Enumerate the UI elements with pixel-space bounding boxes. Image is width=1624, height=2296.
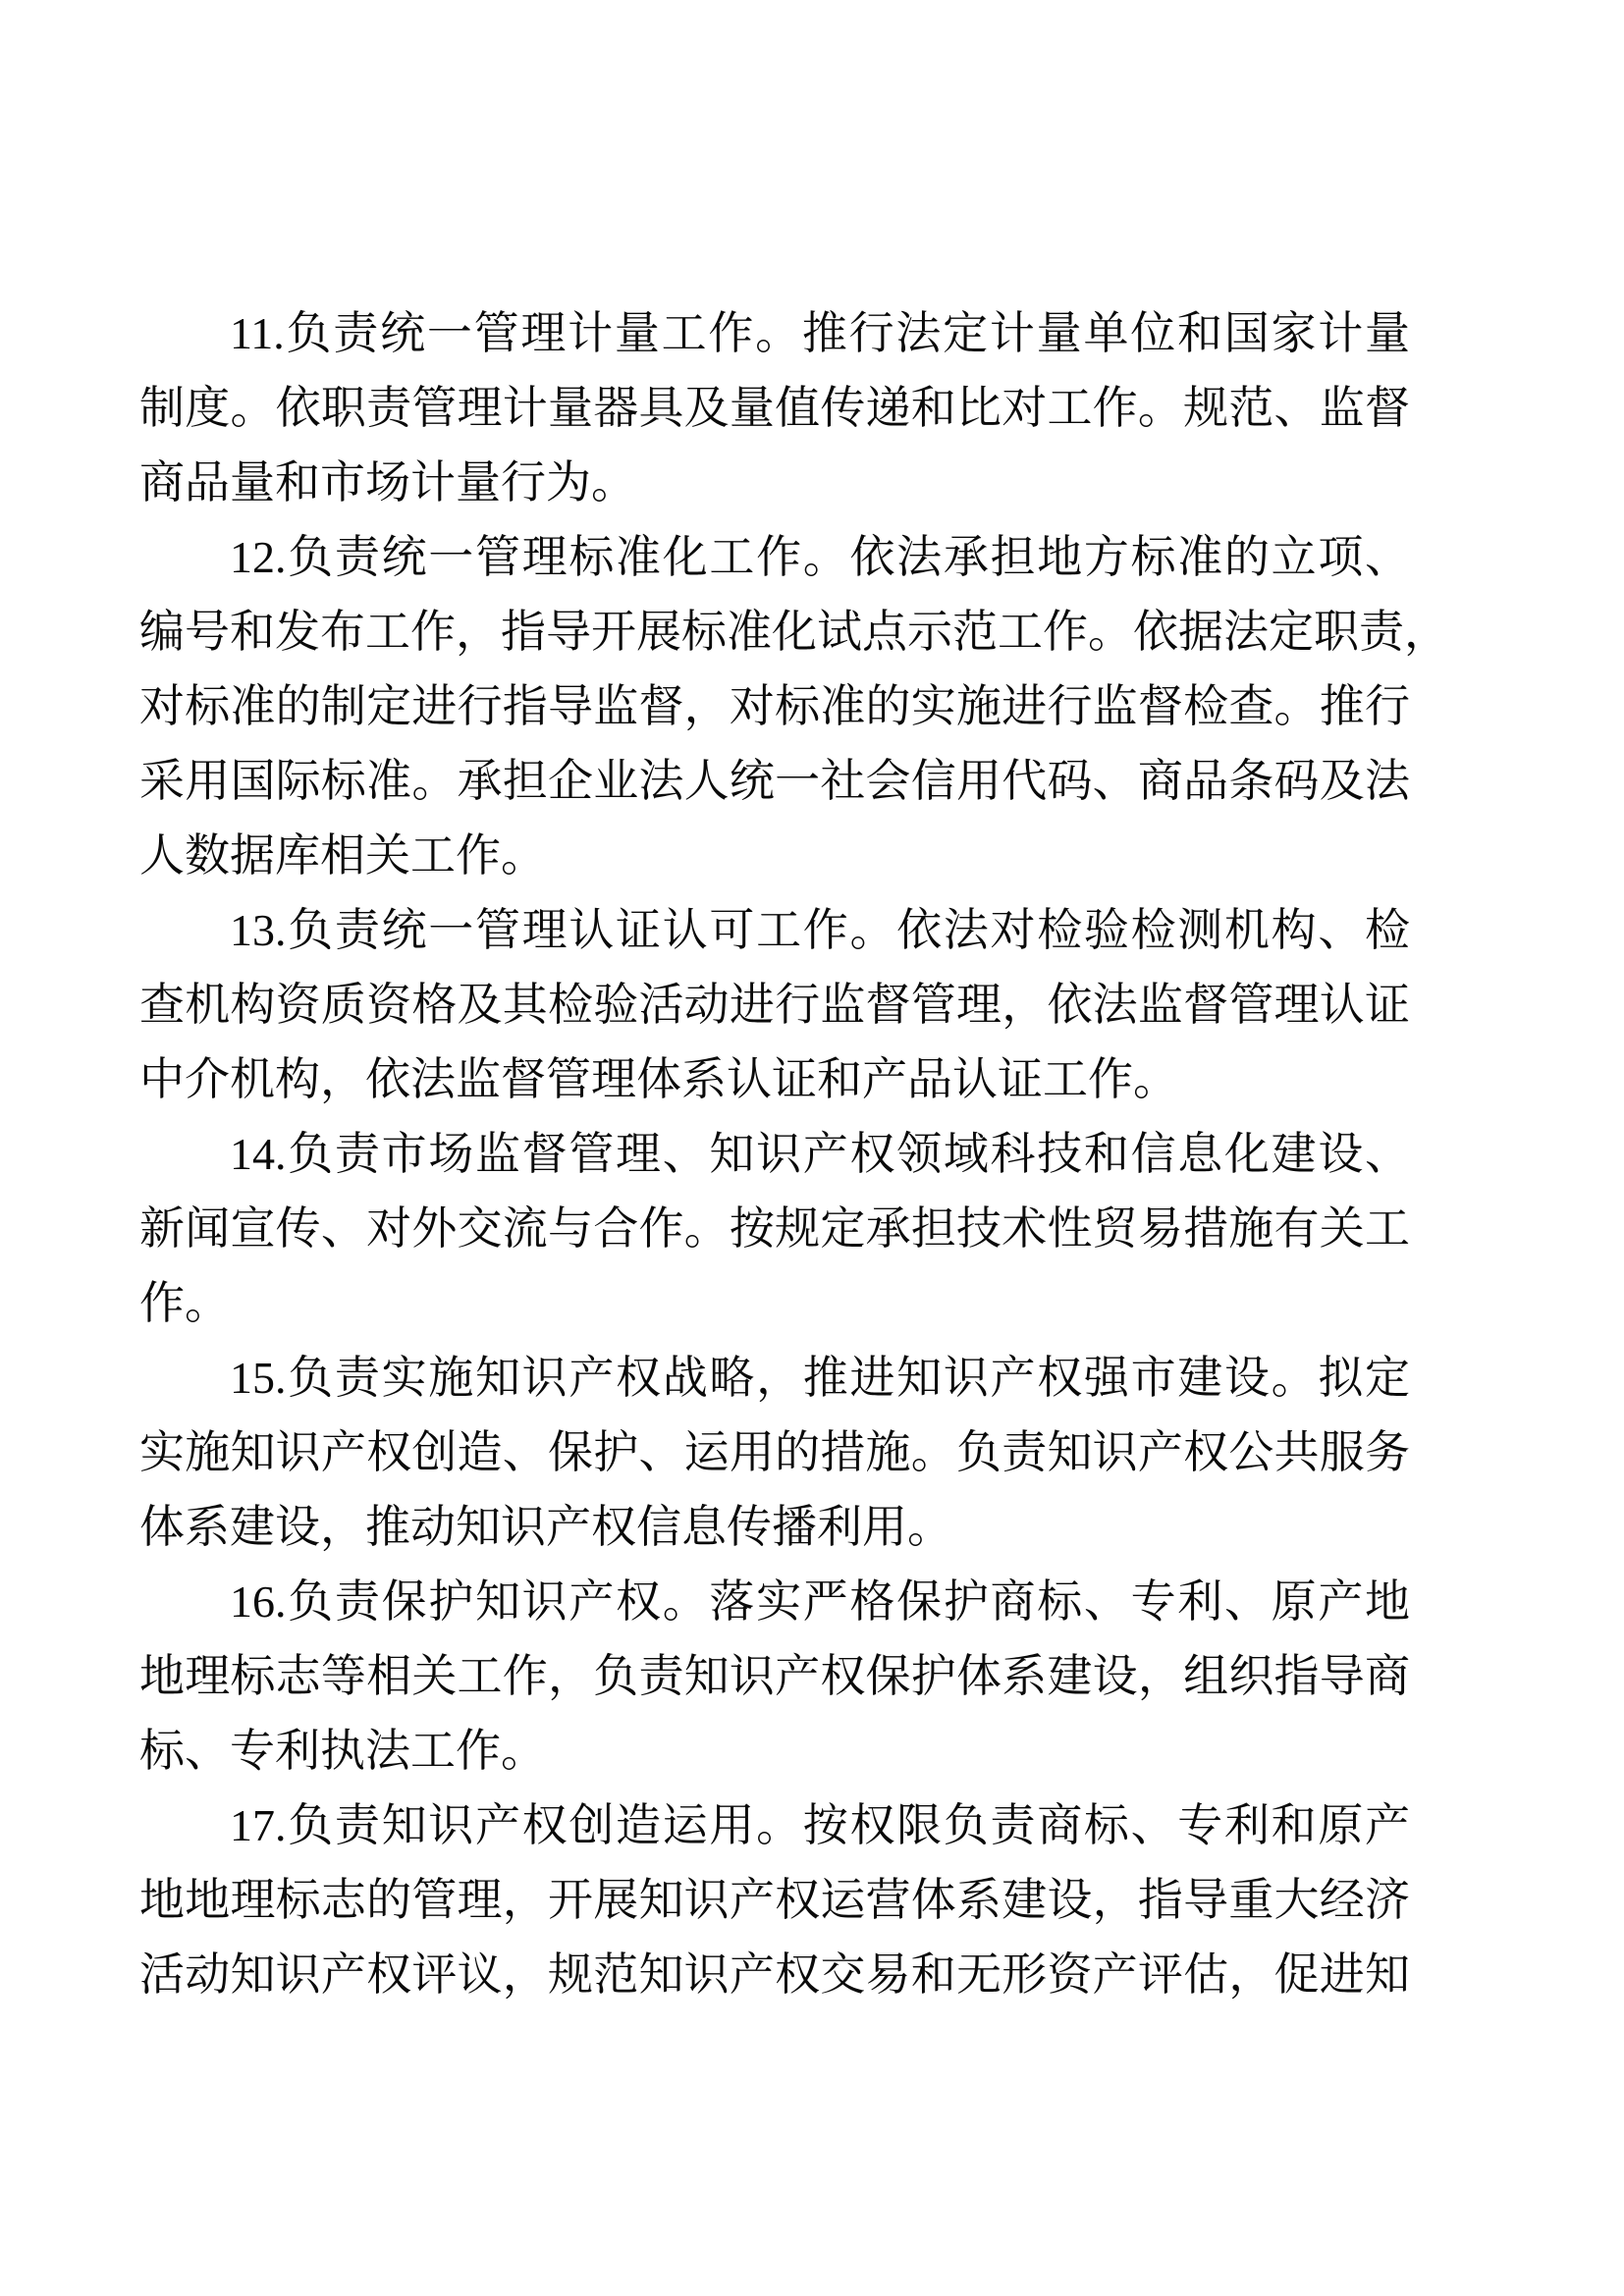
text-line: 作。 (139, 1266, 1410, 1341)
text-line: 14.负责市场监督管理、知识产权领域科技和信息化建设、 (139, 1117, 1410, 1192)
text-line: 16.负责保护知识产权。落实严格保护商标、专利、原产地 (139, 1565, 1410, 1639)
text-line: 15.负责实施知识产权战略，推进知识产权强市建设。拟定 (139, 1341, 1410, 1415)
text-line: 12.负责统一管理标准化工作。依法承担地方标准的立项、 (139, 520, 1410, 595)
text-line: 11.负责统一管理计量工作。推行法定计量单位和国家计量 (139, 296, 1410, 371)
text-line: 对标准的制定进行指导监督，对标准的实施进行监督检查。推行 (139, 669, 1410, 744)
text-line: 实施知识产权创造、保护、运用的措施。负责知识产权公共服务 (139, 1415, 1410, 1490)
text-line: 人数据库相关工作。 (139, 819, 1410, 893)
document-body: 11.负责统一管理计量工作。推行法定计量单位和国家计量制度。依职责管理计量器具及… (139, 296, 1410, 2012)
text-line: 新闻宣传、对外交流与合作。按规定承担技术性贸易措施有关工 (139, 1192, 1410, 1266)
text-line: 商品量和市场计量行为。 (139, 446, 1410, 520)
paragraph-item-15: 15.负责实施知识产权战略，推进知识产权强市建设。拟定实施知识产权创造、保护、运… (139, 1341, 1410, 1565)
text-line: 标、专利执法工作。 (139, 1714, 1410, 1789)
document-page: 11.负责统一管理计量工作。推行法定计量单位和国家计量制度。依职责管理计量器具及… (0, 0, 1624, 2296)
paragraph-item-11: 11.负责统一管理计量工作。推行法定计量单位和国家计量制度。依职责管理计量器具及… (139, 296, 1410, 520)
text-line: 编号和发布工作，指导开展标准化试点示范工作。依据法定职责， (139, 595, 1410, 669)
paragraph-item-16: 16.负责保护知识产权。落实严格保护商标、专利、原产地地理标志等相关工作，负责知… (139, 1565, 1410, 1789)
text-line: 采用国际标准。承担企业法人统一社会信用代码、商品条码及法 (139, 744, 1410, 819)
text-line: 查机构资质资格及其检验活动进行监督管理，依法监督管理认证 (139, 968, 1410, 1042)
text-line: 制度。依职责管理计量器具及量值传递和比对工作。规范、监督 (139, 371, 1410, 446)
paragraph-item-14: 14.负责市场监督管理、知识产权领域科技和信息化建设、新闻宣传、对外交流与合作。… (139, 1117, 1410, 1341)
text-line: 17.负责知识产权创造运用。按权限负责商标、专利和原产 (139, 1789, 1410, 1863)
text-line: 13.负责统一管理认证认可工作。依法对检验检测机构、检 (139, 893, 1410, 968)
paragraph-item-12: 12.负责统一管理标准化工作。依法承担地方标准的立项、编号和发布工作，指导开展标… (139, 520, 1410, 893)
paragraph-item-13: 13.负责统一管理认证认可工作。依法对检验检测机构、检查机构资质资格及其检验活动… (139, 893, 1410, 1117)
text-line: 体系建设，推动知识产权信息传播利用。 (139, 1490, 1410, 1565)
paragraph-item-17: 17.负责知识产权创造运用。按权限负责商标、专利和原产地地理标志的管理，开展知识… (139, 1789, 1410, 2012)
text-line: 地地理标志的管理，开展知识产权运营体系建设，指导重大经济 (139, 1863, 1410, 1938)
text-line: 中介机构，依法监督管理体系认证和产品认证工作。 (139, 1042, 1410, 1117)
text-line: 地理标志等相关工作，负责知识产权保护体系建设，组织指导商 (139, 1639, 1410, 1714)
text-line: 活动知识产权评议，规范知识产权交易和无形资产评估，促进知 (139, 1938, 1410, 2012)
